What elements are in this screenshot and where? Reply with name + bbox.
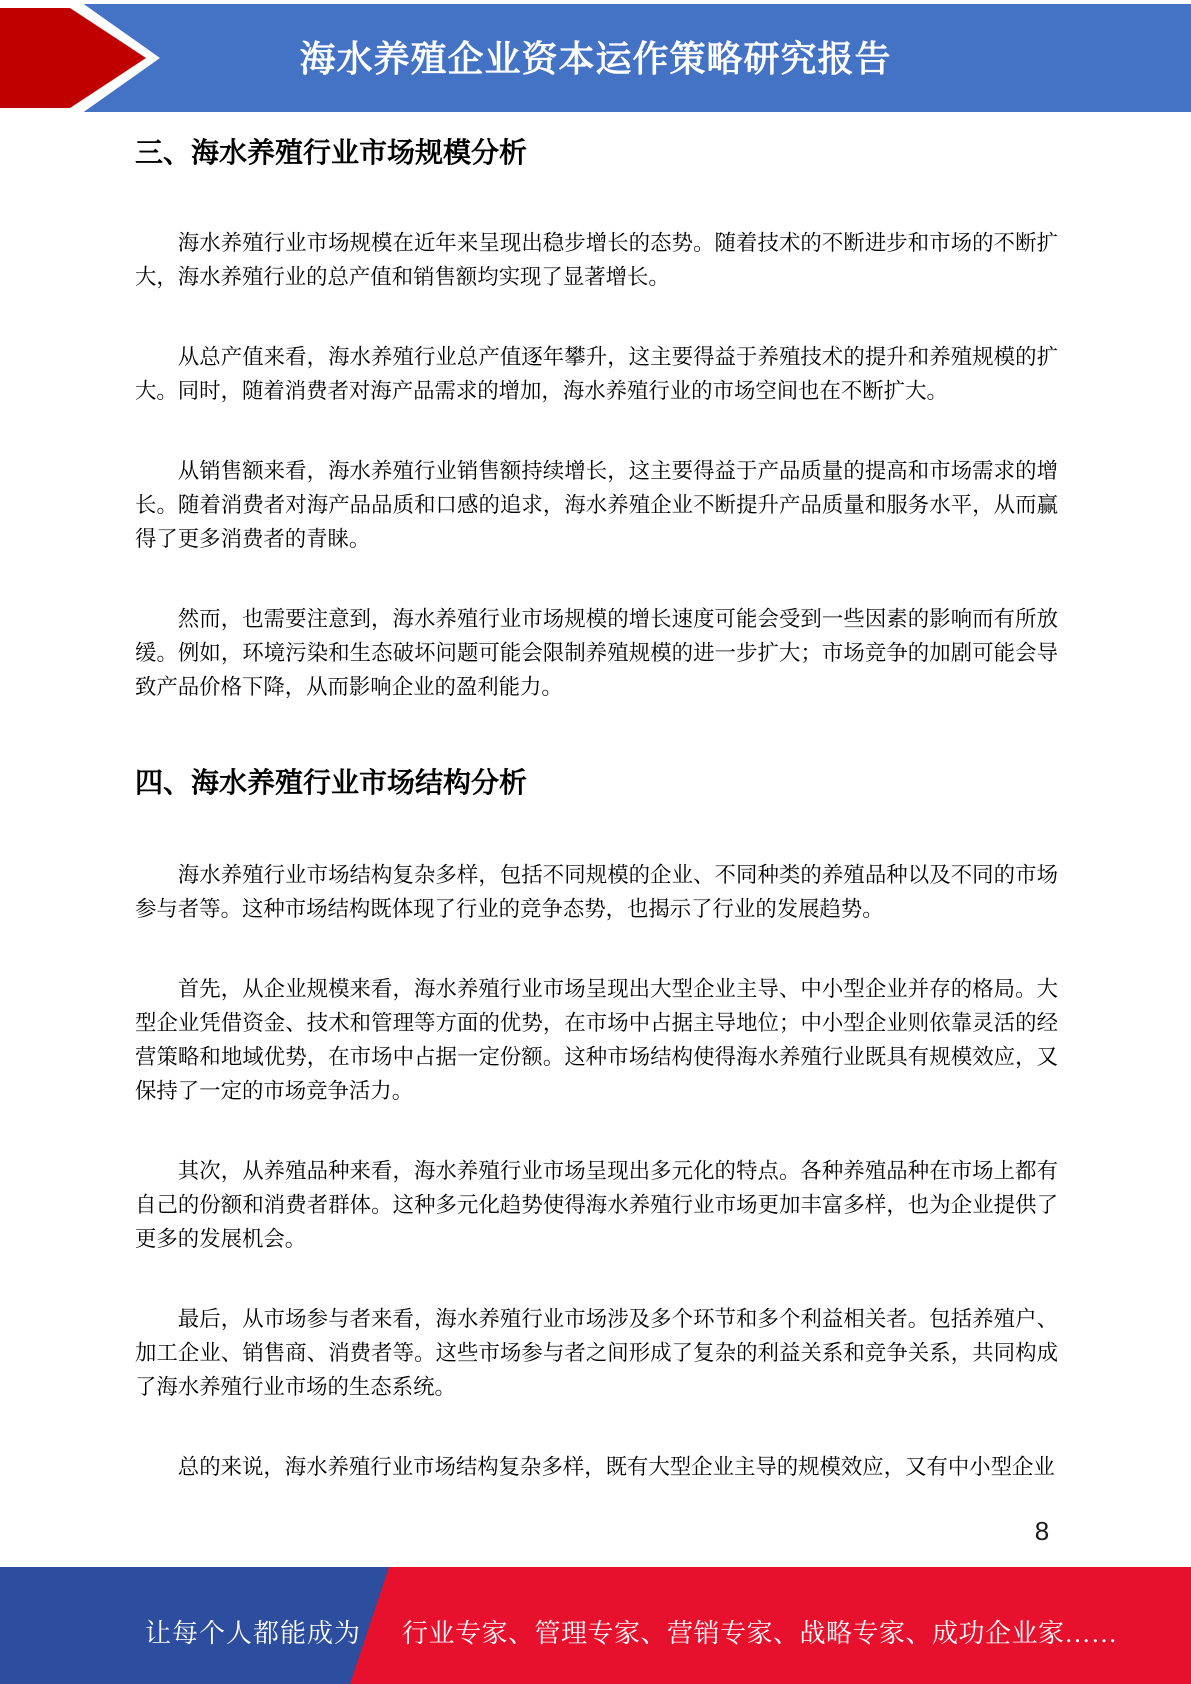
paragraph: 海水养殖行业市场规模在近年来呈现出稳步增长的态势。随着技术的不断进步和市场的不断…: [135, 226, 1058, 294]
page-header: 海水养殖企业资本运作策略研究报告: [0, 0, 1191, 116]
report-page: 海水养殖企业资本运作策略研究报告 三、海水养殖行业市场规模分析 海水养殖行业市场…: [0, 0, 1191, 1684]
paragraph: 从销售额来看，海水养殖行业销售额持续增长，这主要得益于产品质量的提高和市场需求的…: [135, 454, 1058, 556]
footer-slogan-right: 行业专家、管理专家、营销专家、战略专家、成功企业家……: [402, 1621, 1118, 1647]
page-footer: 让每个人都能成为 行业专家、管理专家、营销专家、战略专家、成功企业家……: [0, 1567, 1191, 1684]
section-heading-market-structure: 四、海水养殖行业市场结构分析: [135, 762, 1058, 803]
paragraph: 从总产值来看，海水养殖行业总产值逐年攀升，这主要得益于养殖技术的提升和养殖规模的…: [135, 340, 1058, 408]
report-title: 海水养殖企业资本运作策略研究报告: [0, 4, 1191, 112]
paragraph: 海水养殖行业市场结构复杂多样，包括不同规模的企业、不同种类的养殖品种以及不同的市…: [135, 858, 1058, 926]
paragraph: 最后，从市场参与者来看，海水养殖行业市场涉及多个环节和多个利益相关者。包括养殖户…: [135, 1302, 1058, 1404]
paragraph: 首先，从企业规模来看，海水养殖行业市场呈现出大型企业主导、中小型企业并存的格局。…: [135, 972, 1058, 1108]
footer-slogan-left: 让每个人都能成为: [145, 1621, 361, 1647]
page-number: 8: [1020, 1516, 1064, 1547]
paragraph: 其次，从养殖品种来看，海水养殖行业市场呈现出多元化的特点。各种养殖品种在市场上都…: [135, 1154, 1058, 1256]
paragraph: 总的来说，海水养殖行业市场结构复杂多样，既有大型企业主导的规模效应，又有中小型企…: [135, 1450, 1058, 1484]
section-heading-market-size: 三、海水养殖行业市场规模分析: [135, 132, 1058, 173]
document-body: 三、海水养殖行业市场规模分析 海水养殖行业市场规模在近年来呈现出稳步增长的态势。…: [135, 112, 1058, 1530]
paragraph: 然而，也需要注意到，海水养殖行业市场规模的增长速度可能会受到一些因素的影响而有所…: [135, 602, 1058, 704]
